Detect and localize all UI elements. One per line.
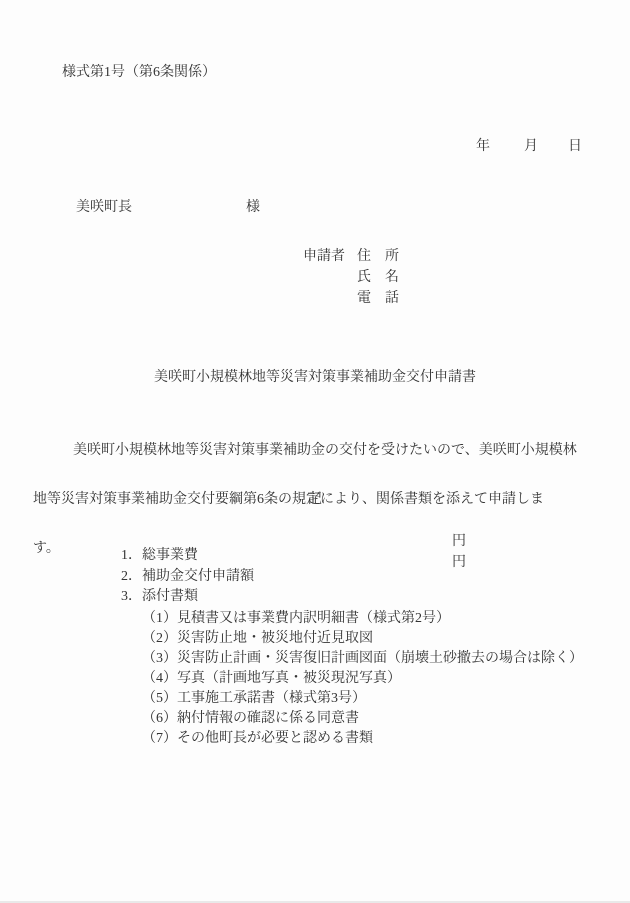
applicant-address-field: 住 所 (357, 250, 399, 264)
applicant-phone-field: 電 話 (357, 292, 399, 306)
applicant-label: 申請者 (303, 250, 345, 264)
year-label: 年 (476, 139, 490, 154)
application-form-page: 様式第1号（第6条関係） 年月日 美咲町長様 申請者 住 所 氏 名 電 話 美… (0, 0, 630, 903)
attachment-text: その他町長が必要と認める書類 (177, 731, 373, 746)
date-line: 年月日 (462, 126, 582, 168)
attachment-number: （7） (142, 731, 177, 746)
day-label: 日 (568, 139, 582, 154)
applicant-name-field: 氏 名 (357, 271, 399, 285)
yen-unit: 円 (452, 535, 466, 549)
yen-unit: 円 (452, 556, 466, 570)
attachment-7: （7）その他町長が必要と認める書類 (128, 718, 373, 760)
document-title: 美咲町小規模林地等災害対策事業補助金交付申請書 (0, 371, 630, 385)
addressee-line: 美咲町長様 (62, 187, 260, 229)
record-marker: 記 (0, 493, 630, 507)
month-label: 月 (524, 139, 538, 154)
body-line: 美咲町小規模林地等災害対策事業補助金の交付を受けたいので、美咲町小規模林 (33, 440, 603, 461)
addressee-honorific: 様 (246, 200, 260, 215)
form-number: 様式第1号（第6条関係） (62, 66, 216, 80)
addressee-name: 美咲町長 (76, 200, 132, 215)
